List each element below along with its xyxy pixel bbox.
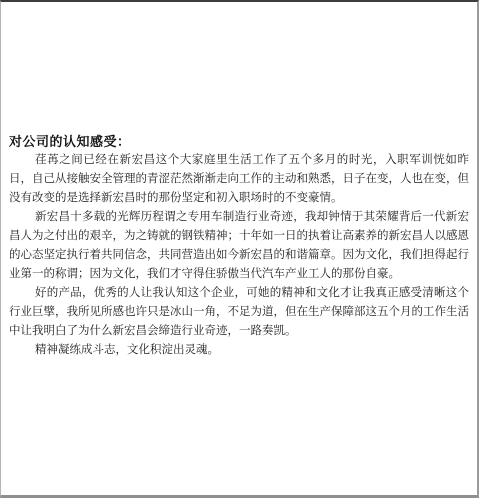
section-heading: 对公司的认知感受： [9, 132, 469, 151]
paragraph: 精神凝练成斗志，文化积淀出灵魂。 [9, 341, 469, 360]
document-page: 对公司的认知感受： 荏苒之间已经在新宏昌这个大家庭里生活工作了五个多月的时光，入… [0, 0, 479, 498]
paragraph: 好的产品，优秀的人让我认知这个企业，可她的精神和文化才让我真正感受清晰这个行业巨… [9, 284, 469, 341]
paragraph: 荏苒之间已经在新宏昌这个大家庭里生活工作了五个多月的时光，入职军训恍如昨日，自己… [9, 151, 469, 208]
paragraph: 新宏昌十多载的光辉历程谓之专用车制造行业奇迹，我却钟情于其荣耀背后一代新宏昌人为… [9, 208, 469, 284]
